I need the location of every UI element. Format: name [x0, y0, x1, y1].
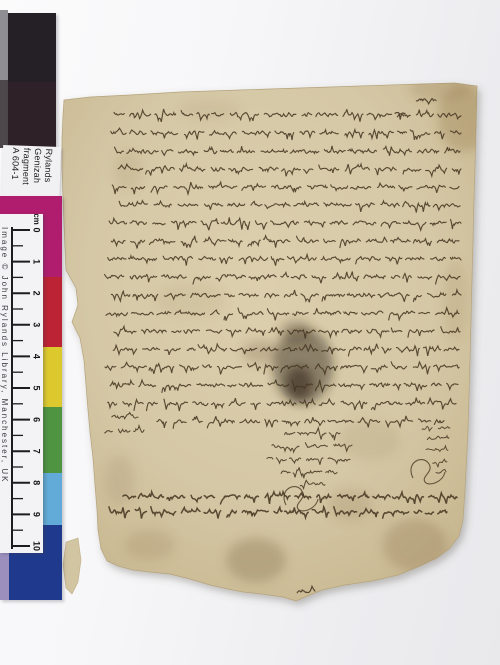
manuscript-fragment [0, 0, 500, 665]
ruler-number: 10 [32, 541, 42, 551]
copyright-text: Image © John Rylands Library, Manchester… [0, 227, 9, 553]
ruler-number: 1 [32, 259, 42, 264]
ruler-number: 2 [32, 291, 42, 296]
ruler: 012345678910cm Image © John Rylands Libr… [0, 214, 43, 553]
grayscale-strip [8, 13, 56, 148]
ruler-number: 0 [32, 227, 42, 232]
grayscale-edge-strip [0, 10, 8, 148]
color-patch-patch-near-black [8, 82, 56, 148]
ruler-number: 5 [32, 385, 42, 390]
ruler-number: 9 [32, 512, 42, 517]
ruler-number: 4 [32, 354, 42, 359]
paper-tail [63, 538, 81, 594]
ruler-unit-label: cm [32, 214, 41, 225]
color-patch-patch-mid-gray [0, 10, 8, 80]
ruler-number: 8 [32, 480, 42, 485]
photograph: Rylands Genizah fragment A 604-1 0123456… [0, 0, 500, 665]
color-patch-lavender [0, 553, 9, 600]
ruler-number: 7 [32, 449, 42, 454]
ruler-number: 3 [32, 322, 42, 327]
ruler-number: 6 [32, 417, 42, 422]
color-patch-patch-black [8, 13, 56, 82]
color-patch-patch-dark-gray [0, 80, 8, 148]
